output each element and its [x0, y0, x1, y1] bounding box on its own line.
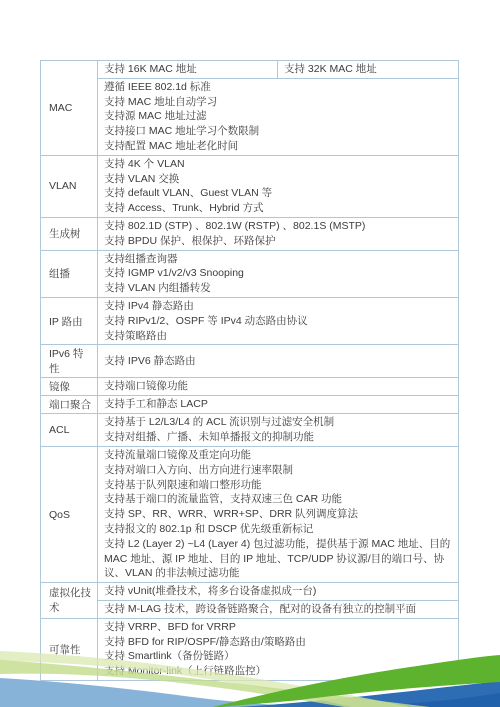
spec-line: 支持流量端口镜像及重定向功能 — [104, 448, 452, 463]
spec-line: 支持接口 MAC 地址学习个数限制 — [104, 124, 452, 139]
spec-line: 支持 VLAN 内组播转发 — [104, 281, 452, 296]
spec-line: 支持手工和静态 LACP — [104, 397, 452, 412]
spec-cell-vunit: 支持 vUnit(堆叠技术，将多台设备虚拟成一台) — [98, 583, 459, 601]
spec-cell-ipv6: 支持 IPV6 静态路由 — [98, 345, 459, 378]
group-label-multicast: 组播 — [41, 250, 98, 297]
spec-line: 支持 IPv4 静态路由 — [104, 299, 452, 314]
table-row-mac-features: 遵循 IEEE 802.1d 标准 支持 MAC 地址自动学习 支持源 MAC … — [41, 78, 459, 155]
table-row-virtualization-vunit: 虚拟化技术 支持 vUnit(堆叠技术，将多台设备虚拟成一台) — [41, 583, 459, 601]
spec-line: 支持 VRRP、BFD for VRRP — [104, 620, 452, 635]
spec-line: 支持 SP、RR、WRR、WRR+SP、DRR 队列调度算法 — [104, 507, 452, 522]
spec-line: 支持基于队列限速和端口整形功能 — [104, 478, 452, 493]
group-label-ipv6: IPv6 特性 — [41, 345, 98, 378]
table-row-virtualization-mlag: 支持 M-LAG 技术，跨设备链路聚合，配对的设备有独立的控制平面 — [41, 600, 459, 618]
spec-line: 支持策略路由 — [104, 329, 452, 344]
spec-line: 支持对端口入方向、出方向进行速率限制 — [104, 463, 452, 478]
group-label-vlan: VLAN — [41, 155, 98, 217]
spec-line: 支持报文的 802.1p 和 DSCP 优先级重新标记 — [104, 522, 452, 537]
group-label-mirroring: 镜像 — [41, 378, 98, 396]
spec-cell-acl: 支持基于 L2/L3/L4 的 ACL 流识别与过滤安全机制 支持对组播、广播、… — [98, 414, 459, 447]
table-row-link-aggregation: 端口聚合 支持手工和静态 LACP — [41, 396, 459, 414]
spec-line: 支持 IPV6 静态路由 — [104, 354, 452, 369]
table-row-spanning-tree: 生成树 支持 802.1D (STP) 、802.1W (RSTP) 、802.… — [41, 217, 459, 250]
spec-cell-qos: 支持流量端口镜像及重定向功能 支持对端口入方向、出方向进行速率限制 支持基于队列… — [98, 446, 459, 582]
group-label-qos: QoS — [41, 446, 98, 582]
spec-line: 支持 IGMP v1/v2/v3 Snooping — [104, 266, 452, 281]
spec-line: 支持端口镜像功能 — [104, 379, 452, 394]
table-row-acl: ACL 支持基于 L2/L3/L4 的 ACL 流识别与过滤安全机制 支持对组播… — [41, 414, 459, 447]
group-label-link-aggregation: 端口聚合 — [41, 396, 98, 414]
spec-sheet-page: MAC 支持 16K MAC 地址 支持 32K MAC 地址 遵循 IEEE … — [0, 0, 500, 707]
spec-line: 支持 4K 个 VLAN — [104, 157, 452, 172]
spec-line: 支持 M-LAG 技术，跨设备链路聚合，配对的设备有独立的控制平面 — [104, 602, 452, 617]
table-row-mirroring: 镜像 支持端口镜像功能 — [41, 378, 459, 396]
spec-line: 支持 BPDU 保护、根保护、环路保护 — [104, 234, 452, 249]
spec-table: MAC 支持 16K MAC 地址 支持 32K MAC 地址 遵循 IEEE … — [40, 60, 459, 681]
group-label-ip-routing: IP 路由 — [41, 297, 98, 344]
spec-cell-spanning-tree: 支持 802.1D (STP) 、802.1W (RSTP) 、802.1S (… — [98, 217, 459, 250]
spec-line: 支持源 MAC 地址过滤 — [104, 109, 452, 124]
table-row-mac-capacity: MAC 支持 16K MAC 地址 支持 32K MAC 地址 — [41, 61, 459, 79]
spec-line: 支持基于 L2/L3/L4 的 ACL 流识别与过滤安全机制 — [104, 415, 452, 430]
table-row-ip-routing: IP 路由 支持 IPv4 静态路由 支持 RIPv1/2、OSPF 等 IPv… — [41, 297, 459, 344]
spec-line: 支持 L2 (Layer 2) ~L4 (Layer 4) 包过滤功能，提供基于… — [104, 537, 452, 581]
spec-line: 支持 MAC 地址自动学习 — [104, 95, 452, 110]
table-row-vlan: VLAN 支持 4K 个 VLAN 支持 VLAN 交换 支持 default … — [41, 155, 459, 217]
spec-cell-mirroring: 支持端口镜像功能 — [98, 378, 459, 396]
spec-cell-link-aggregation: 支持手工和静态 LACP — [98, 396, 459, 414]
table-row-qos: QoS 支持流量端口镜像及重定向功能 支持对端口入方向、出方向进行速率限制 支持… — [41, 446, 459, 582]
group-label-virtualization: 虚拟化技术 — [41, 583, 98, 619]
spec-line: 支持 802.1D (STP) 、802.1W (RSTP) 、802.1S (… — [104, 219, 452, 234]
footer-wave-decoration — [0, 640, 500, 707]
spec-line: 支持 Access、Trunk、Hybrid 方式 — [104, 201, 452, 216]
spec-cell-ip-routing: 支持 IPv4 静态路由 支持 RIPv1/2、OSPF 等 IPv4 动态路由… — [98, 297, 459, 344]
spec-line: 支持对组播、广播、未知单播报文的抑制功能 — [104, 430, 452, 445]
spec-cell-mlag: 支持 M-LAG 技术，跨设备链路聚合，配对的设备有独立的控制平面 — [98, 600, 459, 618]
group-label-mac: MAC — [41, 61, 98, 156]
spec-cell-mac-32k: 支持 32K MAC 地址 — [278, 61, 459, 79]
spec-line: 支持 default VLAN、Guest VLAN 等 — [104, 186, 452, 201]
spec-line: 支持 32K MAC 地址 — [284, 62, 452, 77]
spec-line: 支持基于端口的流量监管，支持双速三色 CAR 功能 — [104, 492, 452, 507]
spec-cell-mac-16k: 支持 16K MAC 地址 — [98, 61, 278, 79]
table-row-multicast: 组播 支持组播查询器 支持 IGMP v1/v2/v3 Snooping 支持 … — [41, 250, 459, 297]
group-label-acl: ACL — [41, 414, 98, 447]
spec-cell-mac-features: 遵循 IEEE 802.1d 标准 支持 MAC 地址自动学习 支持源 MAC … — [98, 78, 459, 155]
spec-line: 支持配置 MAC 地址老化时间 — [104, 139, 452, 154]
spec-cell-vlan: 支持 4K 个 VLAN 支持 VLAN 交换 支持 default VLAN、… — [98, 155, 459, 217]
spec-line: 支持 RIPv1/2、OSPF 等 IPv4 动态路由协议 — [104, 314, 452, 329]
spec-line: 支持 vUnit(堆叠技术，将多台设备虚拟成一台) — [104, 584, 452, 599]
group-label-spanning-tree: 生成树 — [41, 217, 98, 250]
spec-line: 遵循 IEEE 802.1d 标准 — [104, 80, 452, 95]
spec-line: 支持 16K MAC 地址 — [104, 62, 271, 77]
spec-line: 支持 VLAN 交换 — [104, 172, 452, 187]
table-row-ipv6: IPv6 特性 支持 IPV6 静态路由 — [41, 345, 459, 378]
spec-line: 支持组播查询器 — [104, 252, 452, 267]
spec-cell-multicast: 支持组播查询器 支持 IGMP v1/v2/v3 Snooping 支持 VLA… — [98, 250, 459, 297]
